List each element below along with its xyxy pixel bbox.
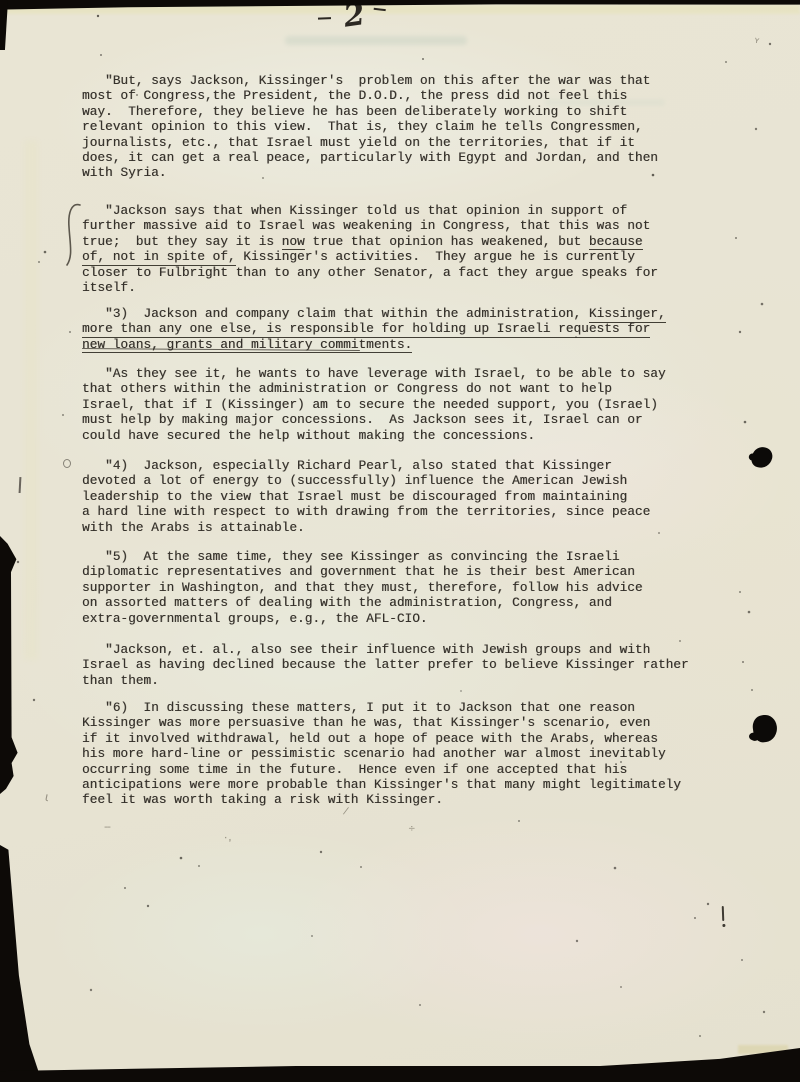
pencil-circle-mark xyxy=(63,459,71,468)
typewritten-text: "But, says Jackson, Kissinger's problem … xyxy=(0,0,800,1082)
hand-underlined-text: new loans, grants and military commitmen… xyxy=(82,337,412,354)
paragraph-5: "4) Jackson, especially Richard Pearl, a… xyxy=(82,458,650,535)
paragraph-4: "As they see it, he wants to have levera… xyxy=(82,366,666,443)
hand-underlined-text: of, not in spite of, xyxy=(82,249,236,266)
paragraph-8: "6) In discussing these matters, I put i… xyxy=(82,700,681,808)
paragraph-1: "But, says Jackson, Kissinger's problem … xyxy=(82,73,658,181)
hand-underlined-text: because xyxy=(589,234,643,251)
scanned-document-page: 2 "But, says Jackson, Kissinger's proble… xyxy=(0,0,800,1082)
hand-underlined-text: more than any one else, is responsible f… xyxy=(82,321,650,338)
pencil-mark-3: ÷ xyxy=(408,824,416,834)
paragraph-7: "Jackson, et. al., also see their influe… xyxy=(82,642,689,688)
hand-underlined-text: now xyxy=(282,234,305,251)
pencil-mark-dashes: -- xyxy=(104,820,110,833)
paragraph-3: "3) Jackson and company claim that withi… xyxy=(82,306,666,352)
hand-underlined-text: Kissinger, xyxy=(589,306,666,323)
margin-pen-stroke xyxy=(61,202,85,268)
paragraph-2: "Jackson says that when Kissinger told u… xyxy=(82,203,658,295)
paragraph-6: "5) At the same time, they see Kissinger… xyxy=(82,549,643,626)
